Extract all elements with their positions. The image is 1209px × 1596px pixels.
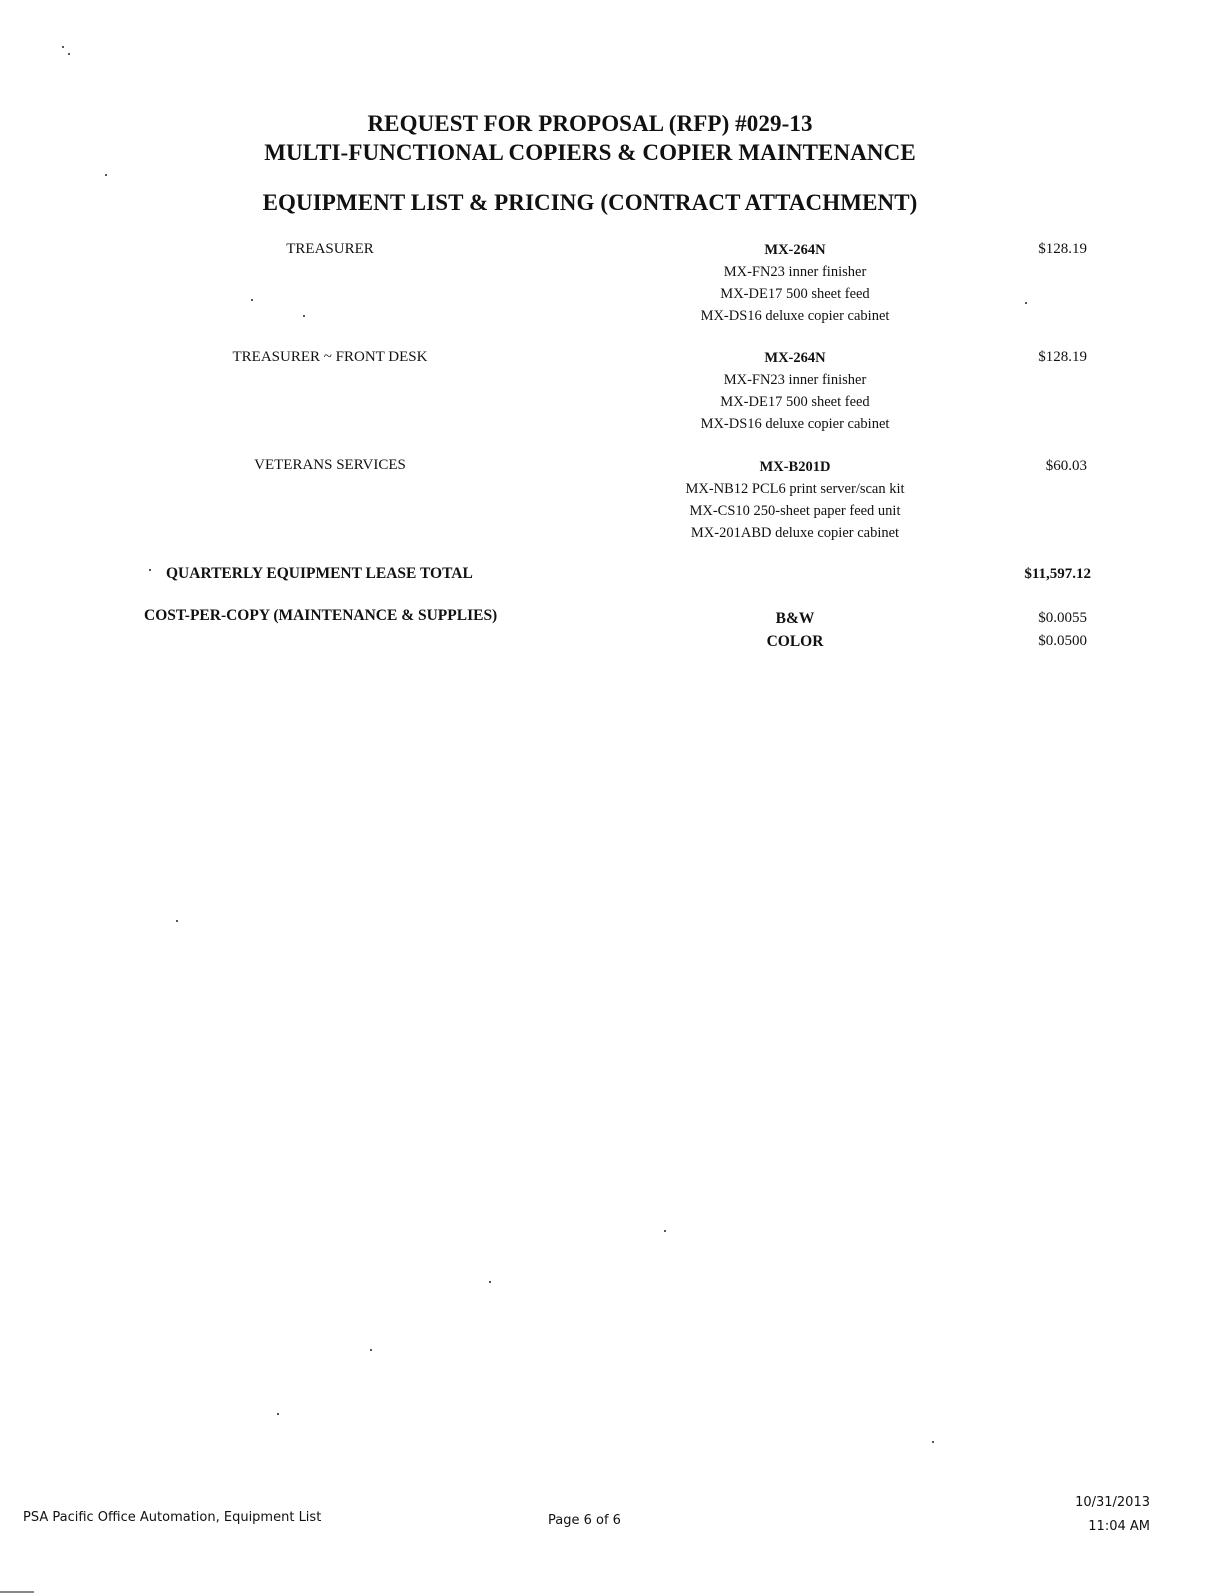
accessory: MX-FN23 inner finisher [600, 369, 990, 391]
scan-speck [370, 1349, 372, 1351]
equipment-items: MX-B201D MX-NB12 PCL6 print server/scan … [600, 456, 990, 544]
scan-speck [932, 1441, 934, 1443]
department-name: TREASURER [130, 241, 530, 258]
footer-date: 10/31/2013 [1075, 1495, 1150, 1510]
scan-speck [489, 1281, 491, 1283]
equipment-price: $128.19 [967, 349, 1087, 366]
rfp-title: REQUEST FOR PROPOSAL (RFP) #029-13 [0, 109, 1180, 138]
section-title: EQUIPMENT LIST & PRICING (CONTRACT ATTAC… [0, 188, 1180, 217]
equipment-price: $60.03 [967, 458, 1087, 475]
model-name: MX-B201D [600, 456, 990, 478]
rfp-subtitle: MULTI-FUNCTIONAL COPIERS & COPIER MAINTE… [0, 138, 1180, 167]
equipment-items: MX-264N MX-FN23 inner finisher MX-DE17 5… [600, 347, 990, 435]
department-name: VETERANS SERVICES [130, 457, 530, 474]
footer-company: PSA Pacific Office Automation, Equipment… [23, 1510, 321, 1525]
scan-edge-mark [0, 1591, 34, 1593]
accessory: MX-FN23 inner finisher [600, 261, 990, 283]
department-name: TREASURER ~ FRONT DESK [130, 349, 530, 366]
accessory: MX-DE17 500 sheet feed [600, 391, 990, 413]
cpc-type-bw: B&W [600, 607, 990, 630]
model-name: MX-264N [600, 239, 990, 261]
scan-speck [303, 315, 305, 317]
accessory: MX-DS16 deluxe copier cabinet [600, 413, 990, 435]
scan-speck [62, 46, 64, 48]
scan-speck [277, 1413, 279, 1415]
cost-per-copy-label: COST-PER-COPY (MAINTENANCE & SUPPLIES) [144, 607, 497, 625]
model-name: MX-264N [600, 347, 990, 369]
cpc-type-color: COLOR [600, 630, 990, 653]
accessory: MX-DE17 500 sheet feed [600, 283, 990, 305]
footer-time: 11:04 AM [1088, 1519, 1150, 1534]
scan-speck [1025, 302, 1027, 304]
equipment-price: $128.19 [967, 241, 1087, 258]
footer-page-number: Page 6 of 6 [548, 1513, 621, 1528]
accessory: MX-DS16 deluxe copier cabinet [600, 305, 990, 327]
scan-speck [149, 569, 151, 571]
accessory: MX-NB12 PCL6 print server/scan kit [600, 478, 990, 500]
scan-speck [105, 174, 107, 176]
equipment-items: MX-264N MX-FN23 inner finisher MX-DE17 5… [600, 239, 990, 327]
scan-speck [68, 53, 70, 55]
lease-total-value: $11,597.12 [971, 566, 1091, 583]
accessory: MX-CS10 250-sheet paper feed unit [600, 500, 990, 522]
scan-speck [176, 920, 178, 922]
lease-total-label: QUARTERLY EQUIPMENT LEASE TOTAL [166, 565, 473, 583]
cpc-price-bw: $0.0055 [967, 607, 1087, 630]
scan-speck [664, 1230, 666, 1232]
scan-speck [251, 299, 253, 301]
cpc-price-color: $0.0500 [967, 630, 1087, 653]
accessory: MX-201ABD deluxe copier cabinet [600, 522, 990, 544]
